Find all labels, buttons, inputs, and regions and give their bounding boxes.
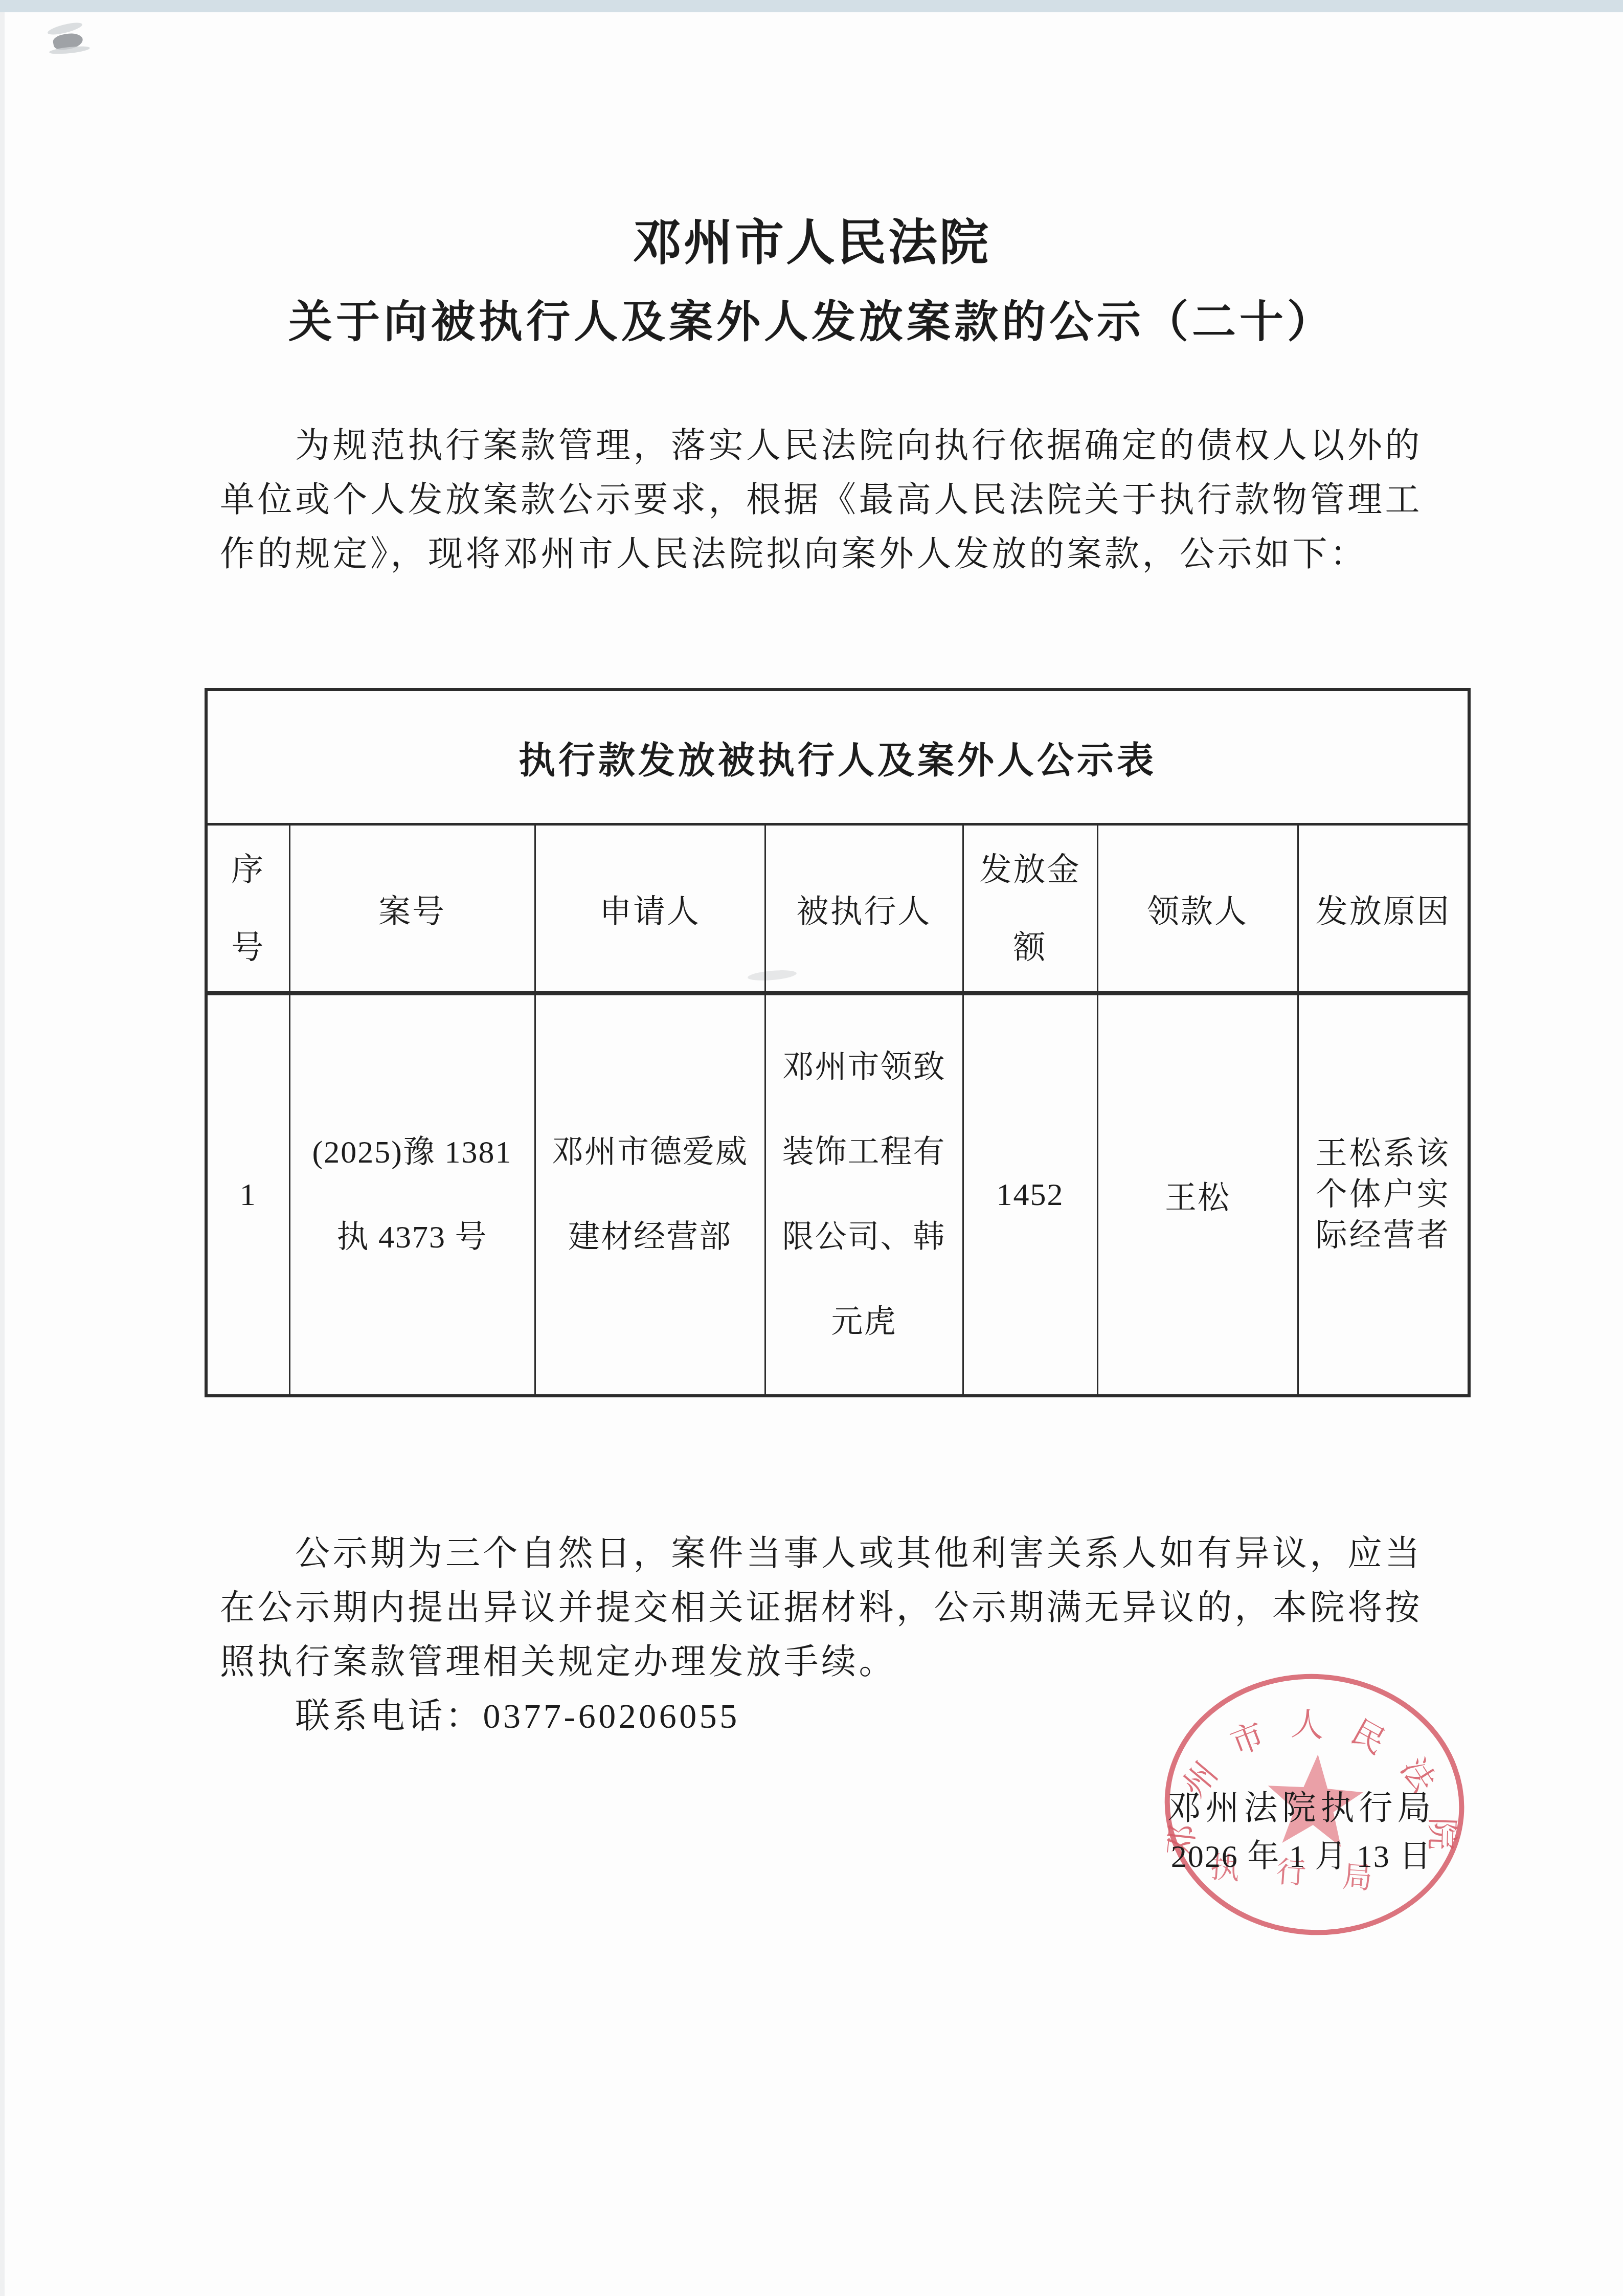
scanned-document-page: 邓州市人民法院 关于向被执行人及案外人发放案款的公示（二十） 为规范执行案款管理… — [0, 0, 1623, 2296]
cell-seq: 1 — [206, 993, 289, 1396]
page-title: 邓州市人民法院 — [0, 204, 1623, 274]
cell-amount: 1452 — [963, 993, 1097, 1396]
scan-edge-left — [0, 12, 5, 2296]
table-caption: 执行款发放被执行人及案外人公示表 — [206, 689, 1469, 824]
col-header-reason: 发放原因 — [1298, 824, 1469, 994]
signature-date: 2026 年 1 月 13 日 — [1133, 1833, 1470, 1881]
col-header-payee: 领款人 — [1097, 824, 1298, 994]
cell-executee: 邓州市领致 装饰工程有 限公司、韩 元虎 — [765, 993, 963, 1396]
col-header-executee: 被执行人 — [765, 824, 963, 994]
intro-line: 单位或个人发放案款公示要求，根据《最高人民法院关于执行款物管理工 — [220, 473, 1431, 527]
closing-line: 公示期为三个自然日，案件当事人或其他利害关系人如有异议，应当 — [220, 1526, 1431, 1580]
cell-reason: 王松系该 个体户实 际经营者 — [1298, 993, 1469, 1396]
cell-applicant: 邓州市德爱威 建材经营部 — [535, 993, 765, 1396]
intro-paragraph: 为规范执行案款管理，落实人民法院向执行依据确定的债权人以外的 单位或个人发放案款… — [220, 418, 1431, 581]
col-header-case-no: 案号 — [289, 824, 535, 994]
signature-block: 邓州法院执行局 2026 年 1 月 13 日 — [1133, 1784, 1470, 1881]
intro-line: 作的规定》，现将邓州市人民法院拟向案外人发放的案款，公示如下： — [220, 527, 1431, 581]
table-row: 1 (2025)豫 1381 执 4373 号 邓州市德爱威 建材经营部 邓州市… — [206, 993, 1469, 1396]
col-header-amount: 发放金 额 — [963, 824, 1097, 994]
signature-org: 邓州法院执行局 — [1133, 1784, 1470, 1833]
cell-case-no: (2025)豫 1381 执 4373 号 — [289, 993, 535, 1396]
intro-line: 为规范执行案款管理，落实人民法院向执行依据确定的债权人以外的 — [220, 418, 1431, 473]
announcement-table: 执行款发放被执行人及案外人公示表 序 号 案号 申请人 被执行人 发放金 额 领… — [205, 688, 1471, 1397]
col-header-applicant: 申请人 — [535, 824, 765, 994]
cell-payee: 王松 — [1097, 993, 1298, 1396]
col-header-seq: 序 号 — [206, 824, 289, 994]
scan-edge-top — [0, 0, 1623, 12]
closing-line: 在公示期内提出异议并提交相关证据材料，公示期满无异议的，本院将按 — [220, 1580, 1431, 1635]
page-subtitle: 关于向被执行人及案外人发放案款的公示（二十） — [0, 286, 1623, 350]
